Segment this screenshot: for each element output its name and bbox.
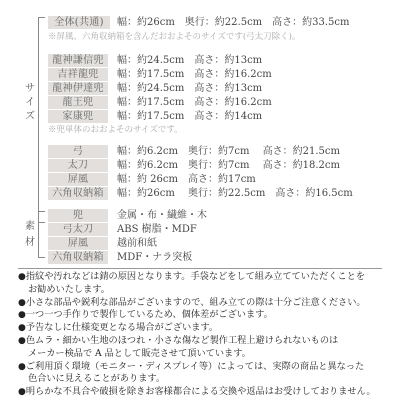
bullet-icon: ● — [18, 310, 26, 320]
note-text: ご利用頂く環境（モニター・ディスプレイ等）によっては、実際の商品と異なった — [26, 361, 364, 372]
material-value: MDF・ナラ突板 — [117, 251, 192, 264]
material-label: 六角収納箱 — [48, 251, 108, 264]
part-label: 屏風 — [48, 173, 108, 186]
helmet-label: 家康兜 — [48, 110, 108, 123]
part-label: 太刀 — [48, 159, 108, 172]
note-item: ●一つ一つ手作りで製作しているため、個体差がございます。 — [18, 309, 388, 322]
helmet-value: 幅：約17.5cm 高さ：約14cm — [117, 110, 262, 123]
note-item: ●ご利用頂く環境（モニター・ディスプレイ等）によっては、実際の商品と異なった — [18, 361, 388, 374]
note-text-cont: 色合いに見えることがあります。 — [18, 373, 388, 386]
part-value: 幅：約 26cm 高さ：約17cm — [117, 173, 256, 186]
helmet-value: 幅：約24.5cm 高さ：約13cm — [117, 82, 262, 95]
size-side-label-3: ズ — [24, 110, 36, 124]
material-value: 越前和紙 — [117, 237, 157, 250]
helmet-label: 龍神伊達兜 — [48, 82, 108, 95]
note-text: 小さな部品や鋭利な部品がございますので、組み立ての際は十分ご注意ください。 — [26, 297, 366, 308]
note-item: ●小さな部品や鋭利な部品がございますので、組み立ての際は十分ご注意ください。 — [18, 297, 388, 310]
note-item: ●指紋や汚れなどは錆の原因となります。手袋などをして組み立てていただくことを — [18, 271, 388, 284]
note-text-cont: メーカー検品で A 品として販売させて頂いています。 — [18, 348, 388, 361]
overall-note: ※屏風、六角収納箱を含んだおおよそのサイズです(弓太刀除く)。 — [48, 32, 300, 43]
note-text: 明らかな不具合や破損を除きお客様都合による交換や返品はお受けしておりません。 — [26, 386, 376, 397]
note-item: ●色ムラ・細かい生地のほつれ・小さな傷など製作工程上避けられないものは — [18, 335, 388, 348]
size-side-label-1: サ — [24, 82, 36, 96]
note-text: 予告なしに仕様変更となる場合がございます。 — [26, 322, 218, 333]
size-side-label-2: イ — [24, 96, 36, 110]
part-label: 弓 — [48, 145, 108, 158]
helmet-value: 幅：約24.5cm 高さ：約13cm — [117, 54, 262, 67]
material-value: 金属・布・繊維・木 — [117, 209, 207, 222]
bullet-icon: ● — [18, 298, 26, 308]
helmet-value: 幅：約17.5cm 高さ：約16.2cm — [117, 96, 272, 109]
bullet-icon: ● — [18, 323, 26, 333]
material-side-label-2: 材 — [24, 236, 36, 250]
material-side-label-1: 素 — [24, 220, 36, 234]
part-value: 幅：約6.2cm 奥行：約7cm 高さ：約21.5cm — [117, 145, 340, 158]
part-value: 幅：約26cm 奥行：約22.5cm 高さ：約16.5cm — [117, 187, 353, 200]
note-text-cont: お勧めいたします。 — [18, 284, 388, 297]
helmet-label: 龍神謙信兜 — [48, 54, 108, 67]
helmets-note: ※兜単体のおおよそのサイズです。 — [48, 125, 183, 136]
note-text: 指紋や汚れなどは錆の原因となります。手袋などをして組み立てていただくことを — [26, 271, 365, 282]
helmet-value: 幅：約17.5cm 高さ：約16.2cm — [117, 68, 272, 81]
note-item: ●明らかな不具合や破損を除きお客様都合による交換や返品はお受けしておりません。 — [18, 386, 388, 399]
overall-value: 幅：約26cm 奥行：約22.5cm 高さ：約33.5cm — [117, 16, 350, 29]
note-item: ●予告なしに仕様変更となる場合がございます。 — [18, 322, 388, 335]
part-label: 六角収納箱 — [48, 187, 108, 200]
divider — [18, 268, 382, 269]
material-label: 兜 — [48, 209, 108, 222]
bullet-icon: ● — [18, 336, 26, 346]
size-bracket — [38, 17, 45, 223]
material-label: 弓太刀 — [48, 223, 108, 236]
material-label: 屏風 — [48, 237, 108, 250]
overall-label: 全体(共通) — [48, 16, 110, 29]
helmet-label: 龍王兜 — [48, 96, 108, 109]
bullet-icon: ● — [18, 362, 26, 372]
helmet-label: 吉祥龍兜 — [48, 68, 108, 81]
notes-list: ●指紋や汚れなどは錆の原因となります。手袋などをして組み立てていただくことを お… — [18, 271, 388, 399]
bullet-icon: ● — [18, 272, 26, 282]
material-value: ABS 樹脂・MDF — [117, 223, 197, 236]
bullet-icon: ● — [18, 387, 26, 397]
note-text: 一つ一つ手作りで製作しているため、個体差がございます。 — [26, 309, 273, 320]
part-value: 幅：約6.2cm 奥行：約7cm 高さ：約18.2cm — [117, 159, 340, 172]
note-text: 色ムラ・細かい生地のほつれ・小さな傷など製作工程上避けられないものは — [26, 335, 338, 346]
material-bracket — [38, 211, 45, 258]
